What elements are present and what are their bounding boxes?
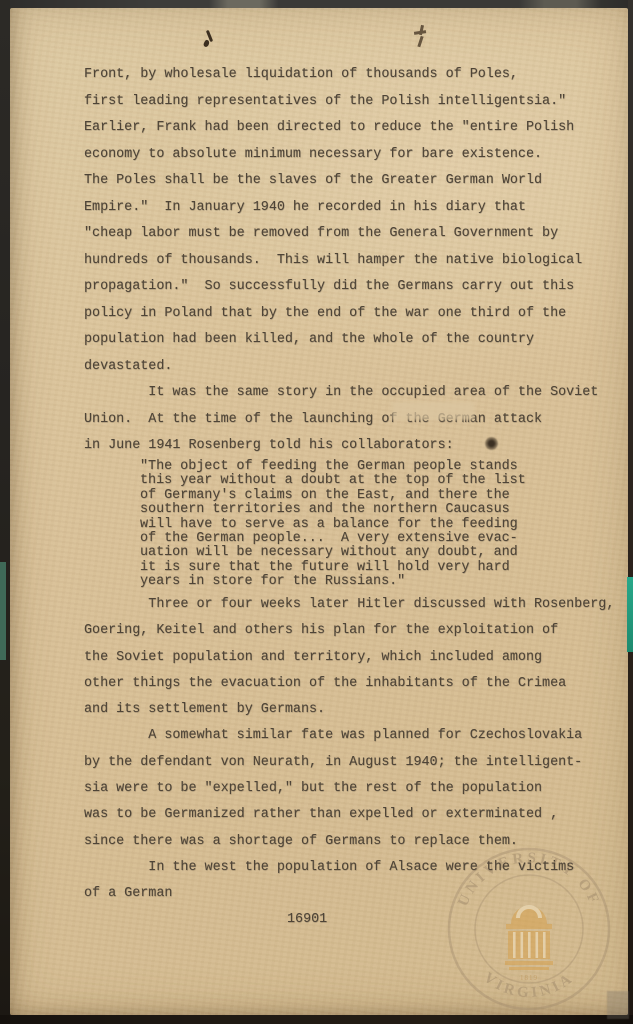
text-line: southern territories and the northern Ca… (140, 503, 526, 517)
text-line: the Soviet population and territory, whi… (84, 645, 614, 671)
scan-artifact-teal-right (627, 577, 633, 652)
text-line: Empire." In January 1940 he recorded in … (84, 195, 598, 222)
scan-edge-top (0, 0, 633, 8)
scanned-document-page: UNIVERSITY OF VIRGINIA 1819 Front, by wh… (0, 0, 633, 1024)
text-line: policy in Poland that by the end of the … (84, 301, 598, 328)
text-line: population had been killed, and the whol… (84, 327, 598, 354)
rotunda-icon (505, 905, 553, 970)
scan-artifact-teal-left (0, 562, 6, 660)
text-line: in June 1941 Rosenberg told his collabor… (84, 433, 598, 460)
scan-edge-left (0, 0, 10, 1024)
scan-artifact-gray-patch (607, 991, 629, 1019)
text-line: of a German (84, 881, 614, 907)
text-line: uation will be necessary without any dou… (140, 546, 526, 560)
text-line: first leading representatives of the Pol… (84, 89, 598, 116)
text-line: by the defendant von Neurath, in August … (84, 750, 614, 776)
text-line: of Germany's claims on the East, and the… (140, 489, 526, 503)
text-line: Union. At the time of the launching of t… (84, 407, 598, 434)
text-line: sia were to be "expelled," but the rest … (84, 776, 614, 802)
text-line: it is sure that the future will hold ver… (140, 561, 526, 575)
text-line: The Poles shall be the slaves of the Gre… (84, 168, 598, 195)
text-line: economy to absolute minimum necessary fo… (84, 142, 598, 169)
indented-quote-block: "The object of feeding the German people… (140, 460, 526, 590)
text-line: devastated. (84, 354, 598, 381)
text-line: Front, by wholesale liquidation of thous… (84, 62, 598, 89)
text-line: years in store for the Russians." (140, 575, 526, 589)
scan-edge-right (628, 0, 633, 1024)
ink-blot (485, 437, 498, 450)
text-line: and its settlement by Germans. (84, 697, 614, 723)
faded-text-smudge (392, 402, 474, 420)
text-line: "cheap labor must be removed from the Ge… (84, 221, 598, 248)
text-line: It was the same story in the occupied ar… (84, 380, 598, 407)
text-line: this year without a doubt at the top of … (140, 474, 526, 488)
text-line: In the west the population of Alsace wer… (84, 855, 614, 881)
staple-mark-left (202, 28, 218, 52)
text-line: Three or four weeks later Hitler discuss… (84, 592, 614, 618)
text-line: Earlier, Frank had been directed to redu… (84, 115, 598, 142)
seal-year: 1819 (520, 974, 538, 982)
paragraph-block-bottom: Three or four weeks later Hitler discuss… (84, 592, 614, 908)
text-line: other things the evacuation of the inhab… (84, 671, 614, 697)
text-line: was to be Germanized rather than expelle… (84, 802, 614, 828)
text-line: Goering, Keitel and others his plan for … (84, 618, 614, 644)
text-line: "The object of feeding the German people… (140, 460, 526, 474)
text-line: propagation." So successfully did the Ge… (84, 274, 598, 301)
page-number: 16901 (287, 912, 327, 927)
staple-mark-right (411, 24, 431, 50)
text-line: of the German people... A very extensive… (140, 532, 526, 546)
text-line: will have to serve as a balance for the … (140, 518, 526, 532)
paragraph-block-top: Front, by wholesale liquidation of thous… (84, 62, 598, 460)
text-line: A somewhat similar fate was planned for … (84, 723, 614, 749)
text-line: hundreds of thousands. This will hamper … (84, 248, 598, 275)
text-line: since there was a shortage of Germans to… (84, 829, 614, 855)
